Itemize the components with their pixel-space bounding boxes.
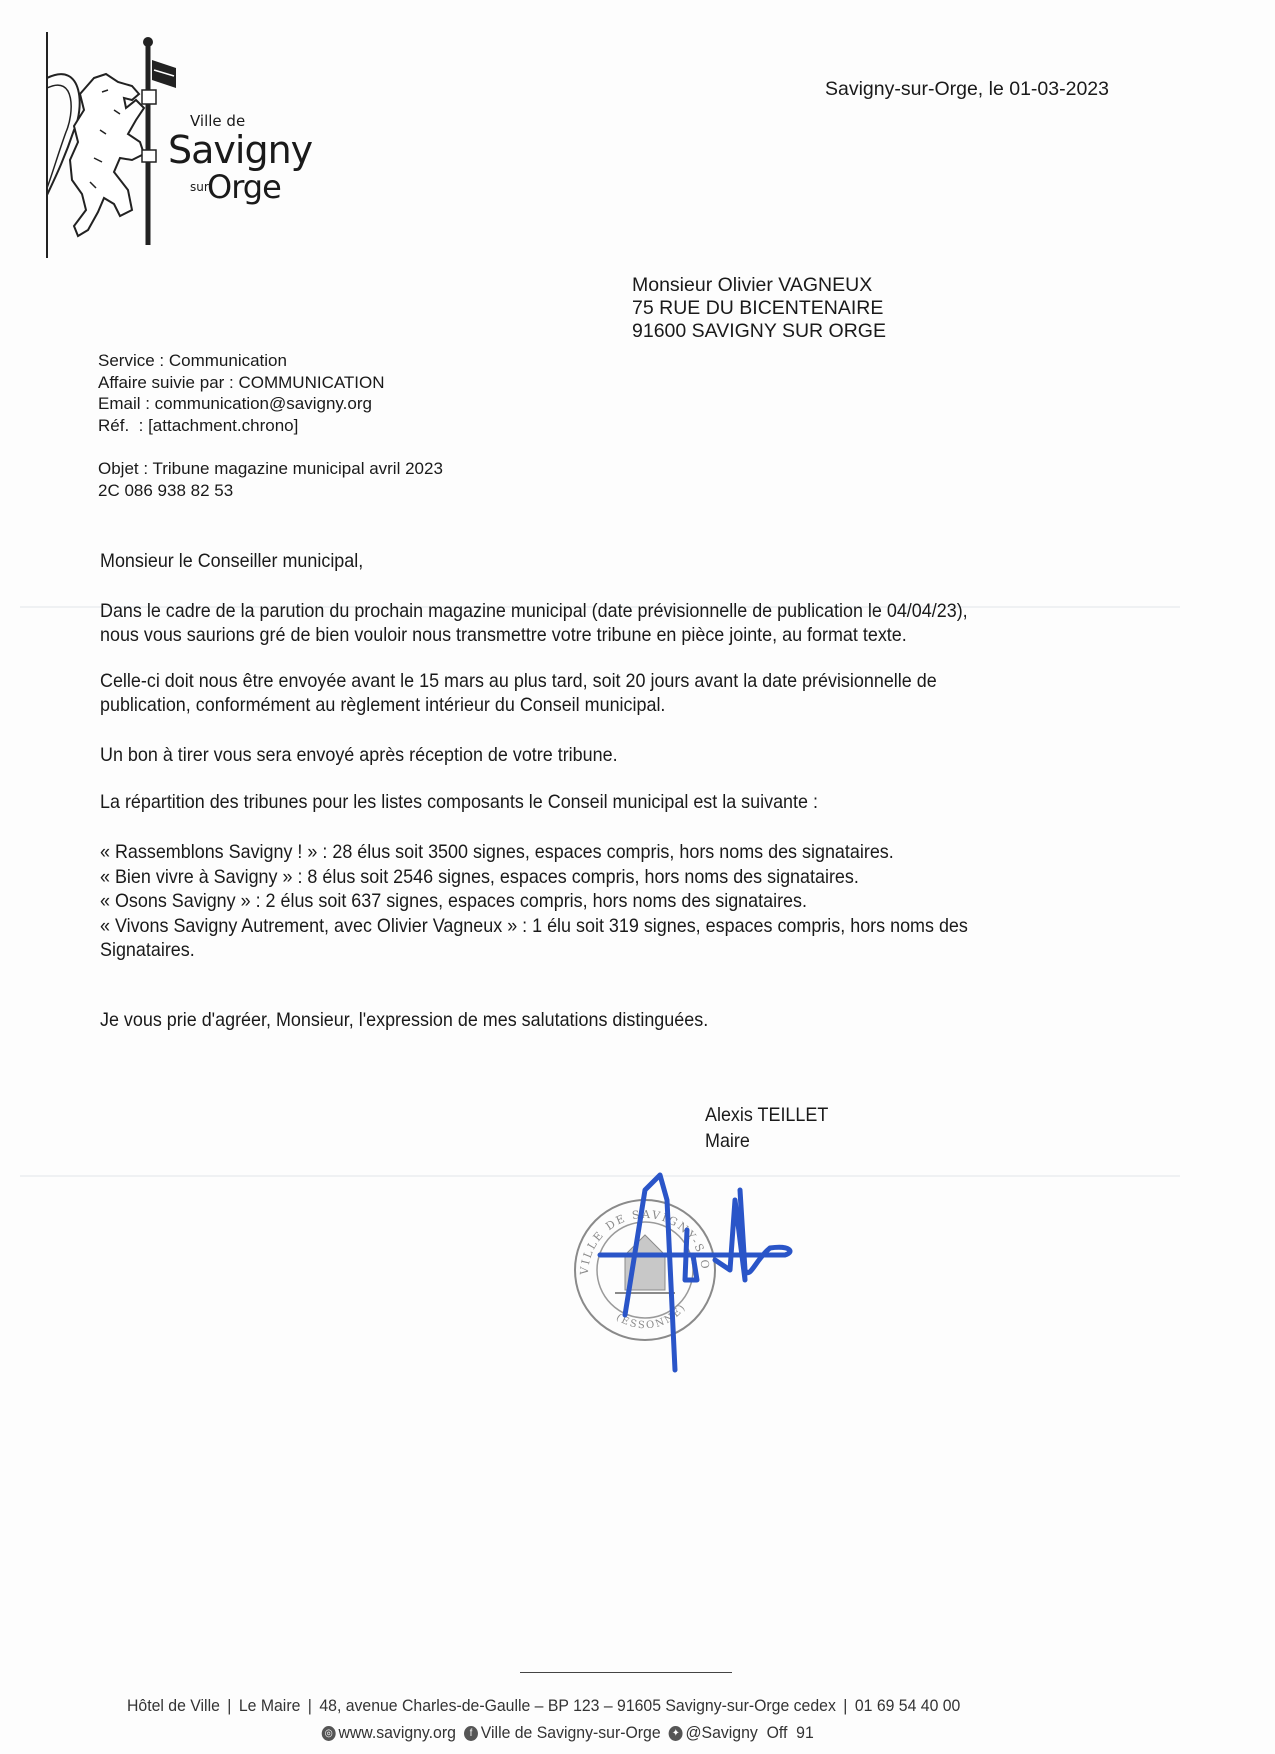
signatory-block: Alexis TEILLET Maire	[705, 1102, 828, 1154]
paragraph-line: publication, conformément au règlement i…	[100, 693, 1186, 717]
logo-text-sur: sur	[190, 180, 209, 194]
addressee-city: 91600 SAVIGNY SUR ORGE	[632, 320, 886, 343]
subject-block: Objet : Tribune magazine municipal avril…	[98, 458, 443, 501]
tribune-allocation-list: « Rassemblons Savigny ! » : 28 élus soit…	[100, 840, 1186, 963]
paragraph-distribution-intro: La répartition des tribunes pour les lis…	[100, 790, 1066, 814]
footer-twitter[interactable]: @Savigny Off 91	[685, 1723, 813, 1742]
service-line: Service : Communication	[98, 350, 385, 372]
handwritten-signature	[595, 1170, 795, 1380]
list-item: « Bien vivre à Savigny » : 8 élus soit 2…	[100, 865, 1186, 890]
list-item: « Rassemblons Savigny ! » : 28 élus soit…	[100, 840, 1186, 865]
salutation: Monsieur le Conseiller municipal,	[100, 549, 1066, 573]
sender-meta-block: Service : Communication Affaire suivie p…	[98, 350, 385, 436]
footer-hotel-de-ville: Hôtel de Ville	[127, 1696, 220, 1715]
logo-text-savigny: Savigny	[168, 128, 312, 172]
paragraph-line: Celle-ci doit nous être envoyée avant le…	[100, 669, 1186, 693]
tracking-number: 2C 086 938 82 53	[98, 480, 443, 502]
footer-facebook[interactable]: Ville de Savigny-sur-Orge	[481, 1723, 661, 1742]
addressee-block: Monsieur Olivier VAGNEUX 75 RUE DU BICEN…	[632, 274, 886, 343]
paragraph-proof: Un bon à tirer vous sera envoyé après ré…	[100, 743, 1066, 767]
affaire-line: Affaire suivie par : COMMUNICATION	[98, 372, 385, 394]
signatory-title: Maire	[705, 1128, 828, 1154]
signatory-name: Alexis TEILLET	[705, 1102, 828, 1128]
twitter-icon: ✦	[669, 1726, 683, 1741]
footer-postal-address: 48, avenue Charles-de-Gaulle – BP 123 – …	[319, 1696, 835, 1715]
footer-address-line: Hôtel de Ville|Le Maire|48, avenue Charl…	[127, 1696, 960, 1716]
footer-divider	[520, 1672, 732, 1673]
paragraph-line: Dans le cadre de la parution du prochain…	[100, 599, 1186, 623]
logo-text-orge: Orge	[207, 168, 281, 206]
footer-separator: |	[227, 1696, 231, 1715]
paragraph-line: nous vous saurions gré de bien vouloir n…	[100, 623, 1186, 647]
footer-social-line: ◎www.savigny.org fVille de Savigny-sur-O…	[318, 1723, 814, 1743]
addressee-name: Monsieur Olivier VAGNEUX	[632, 274, 886, 297]
letter-date: Savigny-sur-Orge, le 01-03-2023	[825, 78, 1109, 101]
paragraph-deadline: Celle-ci doit nous être envoyée avant le…	[100, 669, 1186, 717]
list-item: Signataires.	[100, 938, 1186, 963]
footer-separator: |	[308, 1696, 312, 1715]
signature-icon	[595, 1170, 795, 1380]
list-item: « Vivons Savigny Autrement, avec Olivier…	[100, 914, 1186, 939]
footer-le-maire: Le Maire	[239, 1696, 301, 1715]
list-item: « Osons Savigny » : 2 élus soit 637 sign…	[100, 889, 1186, 914]
paragraph-publication: Dans le cadre de la parution du prochain…	[100, 599, 1186, 647]
closing-formula: Je vous prie d'agréer, Monsieur, l'expre…	[100, 1008, 1066, 1032]
addressee-street: 75 RUE DU BICENTENAIRE	[632, 297, 886, 320]
globe-icon: ◎	[322, 1726, 336, 1741]
reference-line: Réf. : [attachment.chrono]	[98, 415, 385, 437]
facebook-icon: f	[464, 1726, 478, 1741]
footer-separator: |	[843, 1696, 847, 1715]
email-line: Email : communication@savigny.org	[98, 393, 385, 415]
subject-line: Objet : Tribune magazine municipal avril…	[98, 458, 443, 480]
footer-website[interactable]: www.savigny.org	[338, 1723, 455, 1742]
footer-phone: 01 69 54 40 00	[855, 1696, 961, 1715]
